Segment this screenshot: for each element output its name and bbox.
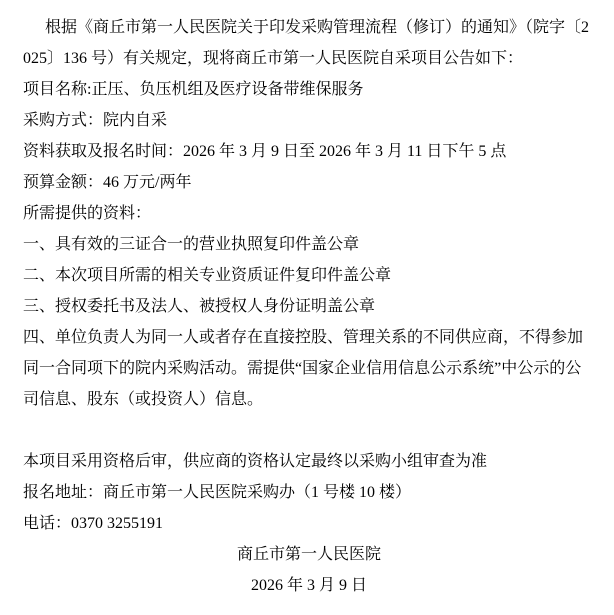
qualification-note: 本项目采用资格后审，供应商的资格认定最终以采购小组审查为准 [23,446,595,477]
intro-paragraph: 根据《商丘市第一人民医院关于印发采购管理流程（修订）的通知》（院字〔2025〕1… [23,12,595,74]
field-procurement-method: 采购方式：院内自采 [23,105,595,136]
signature-org: 商丘市第一人民医院 [23,539,595,570]
materials-heading: 所需提供的资料： [23,198,595,229]
field-phone: 电话：0370 3255191 [23,508,595,539]
blank-line [23,415,595,446]
signature-date: 2026 年 3 月 9 日 [23,570,595,601]
material-item-2: 二、本次项目所需的相关专业资质证件复印件盖公章 [23,260,595,291]
field-address: 报名地址：商丘市第一人民医院采购办（1 号楼 10 楼） [23,477,595,508]
announcement-document: 根据《商丘市第一人民医院关于印发采购管理流程（修订）的通知》（院字〔2025〕1… [0,0,614,615]
material-item-1: 一、具有效的三证合一的营业执照复印件盖公章 [23,229,595,260]
field-project-name: 项目名称:正压、负压机组及医疗设备带维保服务 [23,74,595,105]
material-item-3: 三、授权委托书及法人、被授权人身份证明盖公章 [23,291,595,322]
field-budget: 预算金额：46 万元/两年 [23,167,595,198]
material-item-4: 四、单位负责人为同一人或者存在直接控股、管理关系的不同供应商，不得参加同一合同项… [23,322,595,415]
field-registration-time: 资料获取及报名时间：2026 年 3 月 9 日至 2026 年 3 月 11 … [23,136,595,167]
